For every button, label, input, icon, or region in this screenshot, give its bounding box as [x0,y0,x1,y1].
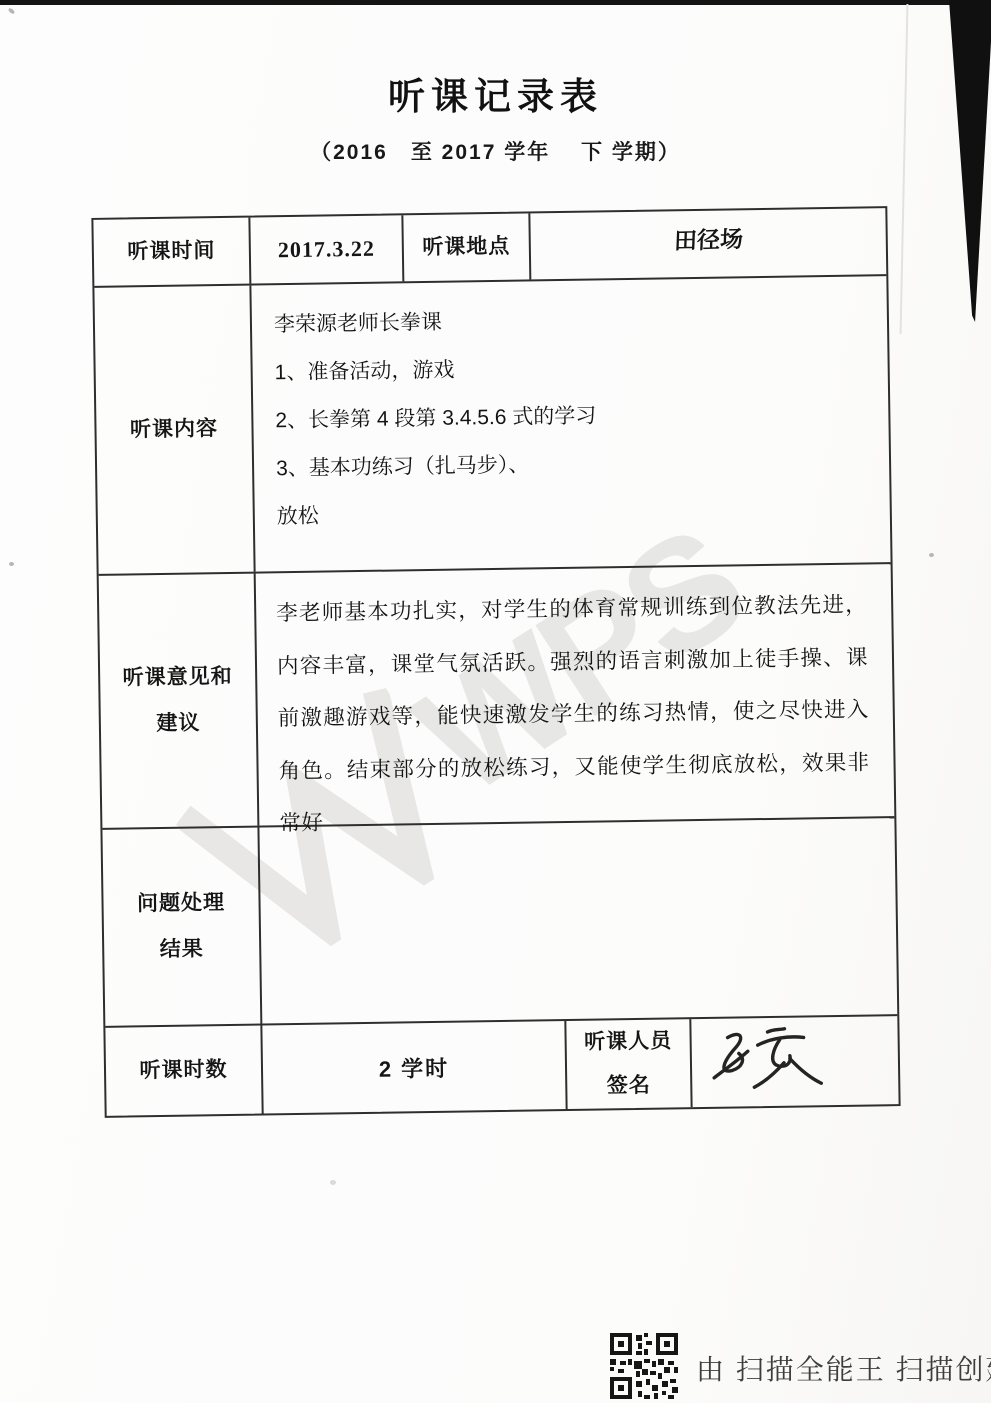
time-value: 2017.3.22 [278,236,375,263]
hours-label: 听课时数 [139,1047,228,1094]
content-label: 听课内容 [130,406,219,453]
table-row-content: 听课内容 李荣源老师长拳课 1、准备活动，游戏 2、长拳第 4 段第 3.4.5… [94,276,890,576]
signer-label-line1: 听课人员 [584,1019,673,1064]
hours-value: 2 学时 [379,1051,450,1083]
table-row-time: 听课时间 2017.3.22 听课地点 田径场 [93,208,886,288]
table-row-result: 问题处理 结果 [102,818,897,1028]
opinion-text-cell: 李老师基本功扎实，对学生的体育常规训练到位教法先进，内容丰富，课堂气氛活跃。强烈… [256,564,895,825]
observation-record-table: 听课时间 2017.3.22 听课地点 田径场 听课内容 李荣源老师长拳课 1、… [91,206,900,1118]
signature-cell [691,1016,898,1107]
opinion-label-line2: 建议 [156,700,201,747]
time-value-cell: 2017.3.22 [250,215,404,283]
result-label-line2: 结果 [159,926,204,973]
signer-label-line2: 签名 [606,1064,651,1109]
handwritten-signature-icon [705,1021,866,1102]
result-label-cell: 问题处理 结果 [102,828,262,1026]
opinion-label-cell: 听课意见和 建议 [99,574,260,828]
hours-value-cell: 2 学时 [262,1021,567,1114]
content-line: 放松 [276,484,880,541]
scan-speck [330,1180,336,1185]
table-row-opinion: 听课意见和 建议 李老师基本功扎实，对学生的体育常规训练到位教法先进，内容丰富，… [99,564,895,830]
signer-label-cell: 听课人员 签名 [566,1019,692,1109]
result-label-line1: 问题处理 [137,880,226,927]
place-value-cell: 田径场 [530,208,886,279]
time-label: 听课时间 [127,228,216,275]
scan-speck [9,562,14,566]
place-value-handwritten: 田径场 [673,220,744,267]
time-label-cell: 听课时间 [93,218,251,286]
scanner-brand-text: 由 扫描全能王 扫描创建 [696,1348,991,1388]
page-subtitle: （2016 至 2017 学年 下 学期） [0,136,991,166]
scanner-brand-footer: 由 扫描全能王 扫描创建 [610,1334,980,1402]
scan-black-top-strip [0,0,991,5]
page-title: 听课记录表 [0,66,991,120]
opinion-text: 李老师基本功扎实，对学生的体育常规训练到位教法先进，内容丰富，课堂气氛活跃。强烈… [276,592,870,835]
result-text-cell [259,818,897,1023]
table-row-hours: 听课时数 2 学时 听课人员 签名 [105,1016,898,1116]
content-label-cell: 听课内容 [94,286,255,574]
hours-label-cell: 听课时数 [105,1026,263,1116]
content-value-cell: 李荣源老师长拳课 1、准备活动，游戏 2、长拳第 4 段第 3.4.5.6 式的… [251,276,890,571]
opinion-label-line1: 听课意见和 [122,654,233,702]
scan-speck [929,553,934,557]
place-label: 听课地点 [422,224,511,271]
place-label-cell: 听课地点 [403,213,531,281]
qr-code-icon [610,1333,678,1403]
